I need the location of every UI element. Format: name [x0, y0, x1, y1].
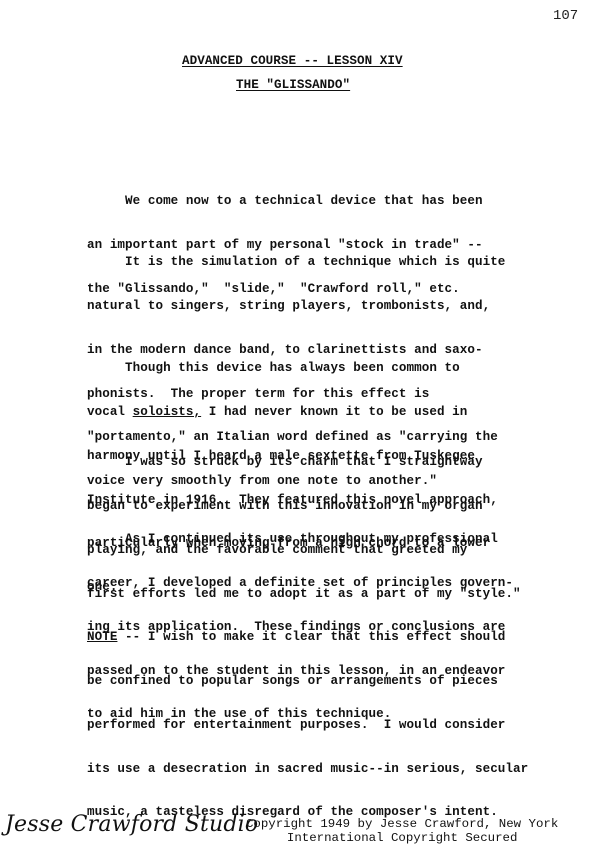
text-fragment: -- I wish to make it clear that this eff…	[117, 630, 505, 644]
text-line: career, I developed a definite set of pr…	[87, 576, 513, 591]
page-number: 107	[553, 8, 578, 24]
studio-logo: Jesse Crawford Studio	[5, 812, 258, 837]
text-line: performed for entertainment purposes. I …	[87, 718, 528, 733]
text-fragment: I had never known it to be used in	[201, 405, 467, 419]
copyright-line: Copyright 1949 by Jesse Crawford, New Yo…	[246, 817, 558, 831]
text-line: As I continued its use throughout my pro…	[87, 532, 513, 547]
note-label: NOTE	[87, 630, 117, 644]
text-line: its use a desecration in sacred music--i…	[87, 762, 528, 777]
copyright-line: International Copyright Secured	[246, 831, 558, 845]
text-line: be confined to popular songs or arrangem…	[87, 674, 528, 689]
text-line: We come now to a technical device that h…	[87, 194, 483, 209]
text-line: It is the simulation of a technique whic…	[87, 255, 505, 270]
paragraph-note: NOTE -- I wish to make it clear that thi…	[87, 601, 528, 835]
text-fragment: vocal	[87, 405, 133, 419]
underlined-word: soloists,	[133, 405, 201, 419]
text-line: natural to singers, string players, trom…	[87, 299, 505, 314]
text-line: vocal soloists, I had never known it to …	[87, 405, 498, 420]
course-title: ADVANCED COURSE -- LESSON XIV	[182, 54, 403, 69]
text-line: NOTE -- I wish to make it clear that thi…	[87, 630, 528, 645]
text-line: I was so struck by its charm that I stra…	[87, 455, 521, 470]
text-line: Though this device has always been commo…	[87, 361, 498, 376]
copyright-notice: Copyright 1949 by Jesse Crawford, New Yo…	[246, 817, 558, 845]
lesson-title: THE "GLISSANDO"	[236, 78, 350, 93]
